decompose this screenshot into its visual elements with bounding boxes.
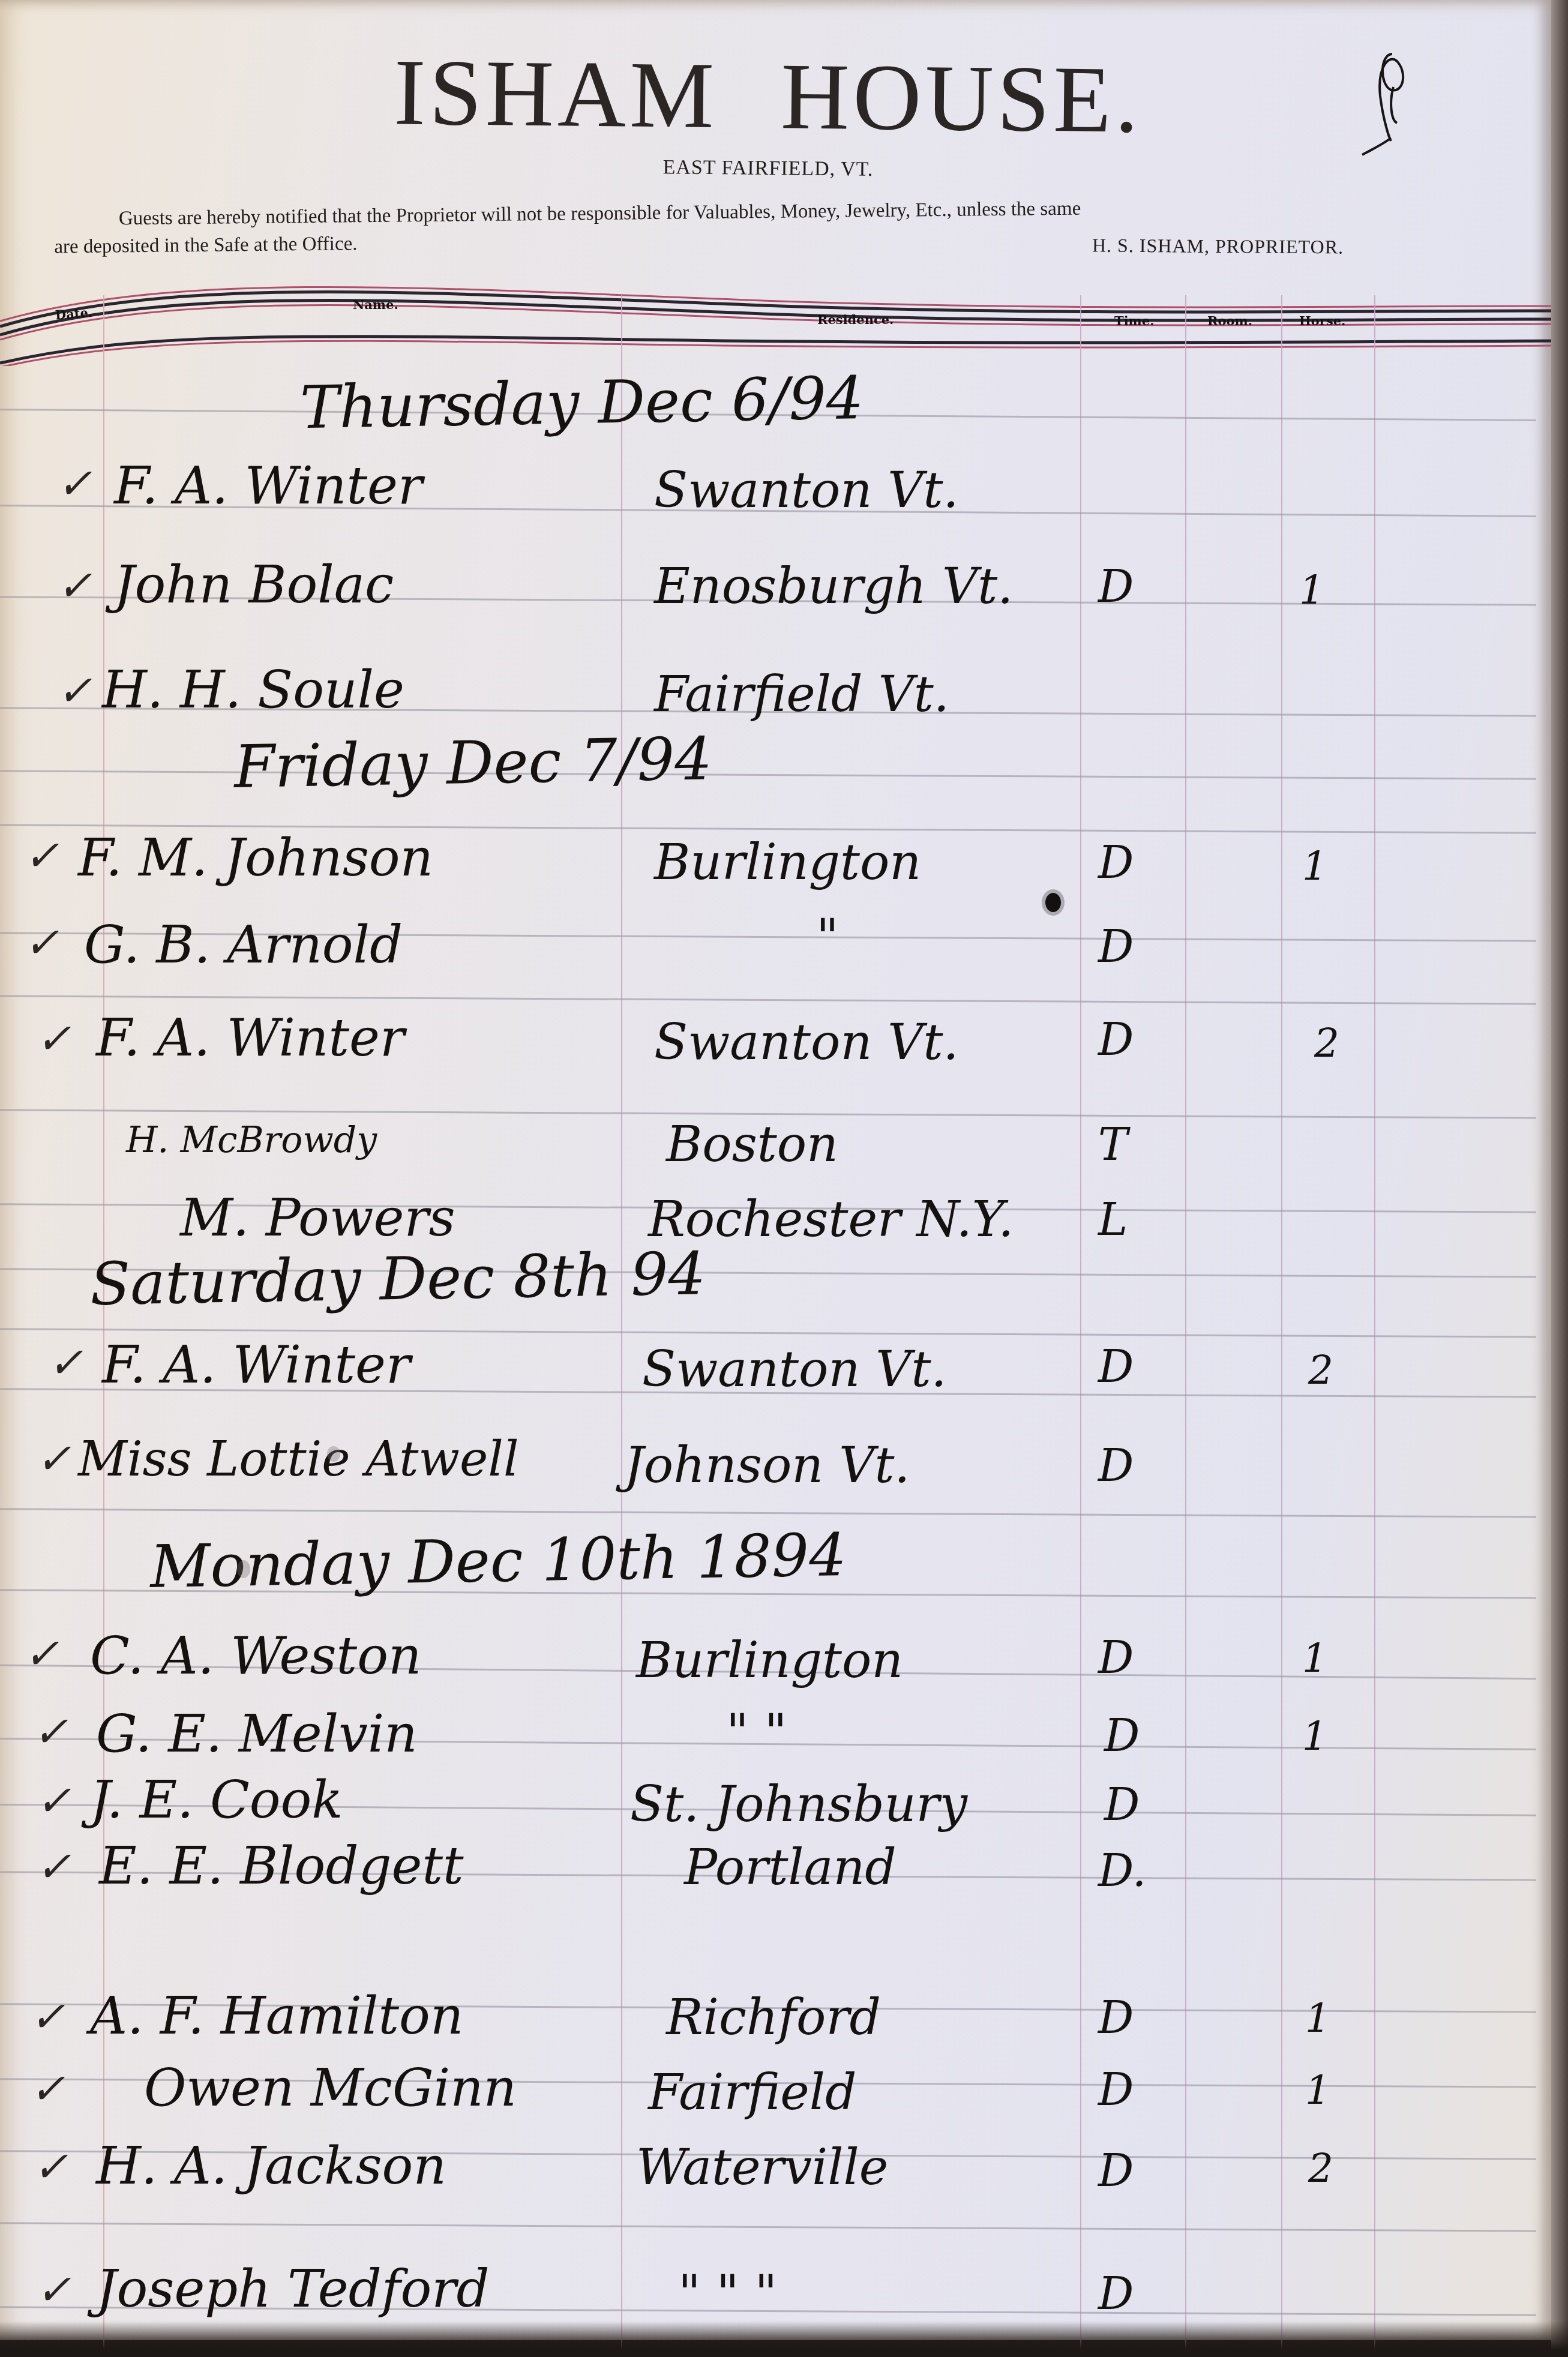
- guest-horse: 1: [1302, 1635, 1327, 1681]
- entry-check: ✓: [33, 2142, 68, 2191]
- column-header-horse: Horse.: [1299, 313, 1345, 328]
- book-binding-edge: [1551, 0, 1568, 2357]
- column-header-date: Date.: [55, 305, 93, 322]
- guest-horse: 1: [1302, 843, 1327, 889]
- guest-time: D: [1098, 2268, 1134, 2320]
- guest-time: D: [1098, 1440, 1134, 1492]
- guest-residence: St. Johnsbury: [630, 1776, 967, 1833]
- book-bottom-shadow: [0, 2321, 1568, 2357]
- guest-residence: Burlington: [636, 1632, 903, 1689]
- notice-line-1: Guests are hereby notified that the Prop…: [54, 191, 1482, 233]
- guest-residence: Waterville: [636, 2139, 888, 2196]
- guest-time: D: [1104, 1710, 1140, 1762]
- guest-time: D: [1098, 837, 1134, 889]
- guest-time: D: [1098, 1992, 1134, 2044]
- guest-residence: " " ": [678, 2265, 777, 2322]
- guest-residence: Fairfield: [648, 2064, 857, 2121]
- guest-time: D: [1098, 1632, 1134, 1684]
- guest-horse: 1: [1305, 2067, 1330, 2113]
- day-heading: Thursday Dec 6/94: [299, 364, 864, 442]
- guest-name: F. A. Winter: [102, 1335, 410, 1395]
- column-divider-residence: [1080, 295, 1081, 2357]
- column-header-name: Name.: [353, 297, 398, 312]
- guest-name: F. M. Johnson: [78, 828, 433, 888]
- entry-check: ✓: [57, 666, 92, 715]
- entry-check: ✓: [30, 1992, 65, 2041]
- ledger-line: [0, 995, 1536, 1004]
- entry-check: ✓: [36, 1842, 71, 1891]
- guest-residence: Fairfield Vt.: [654, 666, 949, 723]
- column-divider-time: [1185, 295, 1186, 2357]
- guest-name: H. A. Jackson: [96, 2136, 446, 2196]
- guest-time: D: [1098, 1341, 1134, 1393]
- guest-time: L: [1098, 1194, 1128, 1246]
- ink-stain: [327, 1446, 340, 1462]
- entry-check: ✓: [36, 1014, 71, 1063]
- ledger-line: [0, 1508, 1536, 1518]
- guest-residence: Boston: [666, 1116, 838, 1173]
- entry-check: ✓: [57, 561, 92, 610]
- guest-residence: Swanton Vt.: [654, 1014, 959, 1071]
- entry-check: ✓: [33, 1707, 68, 1756]
- entry-check: ✓: [30, 2064, 65, 2113]
- guest-time: D: [1098, 921, 1134, 973]
- guest-name: Owen McGinn: [144, 2058, 517, 2118]
- guest-name: John Bolac: [114, 555, 394, 615]
- guest-time: D.: [1098, 1845, 1146, 1897]
- guest-residence: ": [816, 909, 839, 966]
- ledger-page: ISHAM HOUSE. EAST FAIRFIELD, VT. Guests …: [0, 0, 1551, 2340]
- guest-time: D: [1098, 561, 1134, 613]
- guest-horse: 1: [1305, 1995, 1330, 2041]
- guest-time: D: [1098, 2064, 1134, 2116]
- guest-time: D: [1098, 1014, 1134, 1066]
- guest-residence: Swanton Vt.: [654, 462, 959, 519]
- entry-check: ✓: [24, 831, 59, 880]
- guest-name: M. Powers: [180, 1188, 455, 1248]
- entry-check: ✓: [57, 459, 92, 508]
- guest-name: J. E. Cook: [90, 1770, 343, 1830]
- guest-name: A. F. Hamilton: [90, 1986, 463, 2046]
- column-divider-date: [103, 295, 104, 2357]
- column-header-residence: Residence.: [817, 312, 894, 327]
- ledger-line: [0, 2222, 1536, 2232]
- notice-line-2: are deposited in the Safe at the Office.: [54, 233, 358, 257]
- guest-residence: Burlington: [654, 834, 921, 891]
- guest-name: C. A. Weston: [90, 1626, 421, 1686]
- entry-check: ✓: [36, 1776, 71, 1825]
- guest-horse: 1: [1302, 1713, 1327, 1759]
- guest-name: F. A. Winter: [114, 456, 422, 516]
- guest-residence: Swanton Vt.: [642, 1341, 947, 1398]
- entry-check: ✓: [24, 918, 59, 967]
- guest-residence: Portland: [684, 1839, 897, 1896]
- column-divider-name: [621, 295, 622, 2357]
- guest-time: D: [1104, 1779, 1140, 1831]
- proprietor-signature-line: H. S. ISHAM, PROPRIETOR.: [1092, 235, 1344, 259]
- hotel-title: ISHAM HOUSE.: [0, 34, 1537, 160]
- column-header-room: Room.: [1207, 313, 1252, 328]
- entry-check: ✓: [36, 2265, 71, 2314]
- day-heading: Saturday Dec 8th 94: [89, 1240, 706, 1319]
- day-heading: Monday Dec 10th 1894: [149, 1521, 847, 1602]
- guest-name: Miss Lottie Atwell: [78, 1431, 519, 1487]
- guest-time: D: [1098, 2145, 1134, 2197]
- folio-number-mark-icon: [1356, 48, 1422, 156]
- guest-name: H. McBrowdy: [126, 1119, 377, 1161]
- guest-name: G. B. Arnold: [84, 915, 403, 975]
- ledger-line: [0, 770, 1536, 779]
- entry-check: ✓: [48, 1338, 83, 1387]
- guest-horse: 1: [1299, 567, 1324, 613]
- guest-time: T: [1098, 1119, 1128, 1171]
- ink-stain: [237, 1560, 250, 1578]
- entry-check: ✓: [36, 1434, 71, 1483]
- guest-horse: 2: [1308, 2145, 1333, 2191]
- guest-residence: " ": [726, 1704, 787, 1761]
- guest-residence: Richford: [666, 1989, 881, 2046]
- guest-name: F. A. Winter: [96, 1008, 404, 1068]
- guest-horse: 2: [1314, 1020, 1339, 1066]
- guest-name: E. E. Blodgett: [99, 1836, 464, 1896]
- ink-blot: [1045, 893, 1061, 912]
- day-heading: Friday Dec 7/94: [233, 725, 712, 802]
- entry-check: ✓: [24, 1629, 59, 1678]
- guest-name: H. H. Soule: [102, 660, 404, 720]
- guest-name: G. E. Melvin: [96, 1704, 418, 1764]
- guest-name: Joseph Tedford: [96, 2259, 489, 2319]
- guest-residence: Enosburgh Vt.: [654, 558, 1013, 615]
- guest-horse: 2: [1308, 1347, 1333, 1393]
- guest-residence: Johnson Vt.: [624, 1437, 910, 1494]
- column-header-time: Time.: [1114, 313, 1155, 328]
